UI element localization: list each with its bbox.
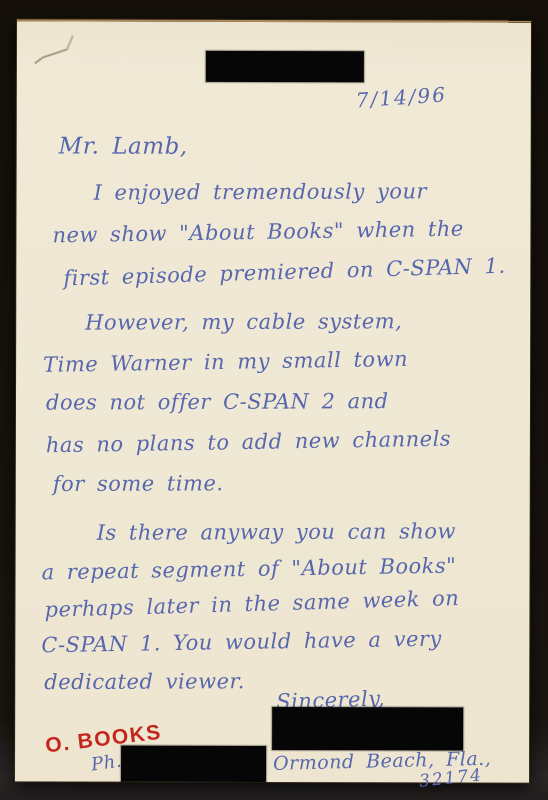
letter-line: perhaps later in the same week on [44,586,459,622]
letter-line: for some time. [53,471,224,496]
letter-line: I enjoyed tremendously your [93,179,427,204]
letter-line: Is there anyway you can show [97,519,456,545]
letter-line: Time Warner in my small town [43,347,408,377]
scan-background: { "page": { "description": "Scanned hand… [0,0,548,800]
redaction-signature-bar [272,707,463,750]
letter-line: dedicated viewer. [44,669,245,694]
letter-date: 7/14/96 [355,82,448,112]
letter-paper: 7/14/96 Mr. Lamb, I enjoyed tremendously… [15,19,531,782]
letter-line: does not offer C-SPAN 2 and [46,389,389,414]
letter-line: C-SPAN 1. You would have a very [41,627,442,658]
phone-label: Ph. [90,751,124,776]
redaction-phone-bar [121,746,266,782]
redaction-recipient-bar [206,51,364,82]
letter-line: first episode premiered on C-SPAN 1. [63,254,506,291]
letter-line: a repeat segment of "About Books" [41,554,456,585]
letter-line: has no plans to add new channels [46,427,452,458]
letter-line: However, my cable system, [85,309,402,334]
salutation: Mr. Lamb, [59,133,188,159]
letter-line: new show "About Books" when the [52,217,464,248]
paper-crease [29,27,99,72]
